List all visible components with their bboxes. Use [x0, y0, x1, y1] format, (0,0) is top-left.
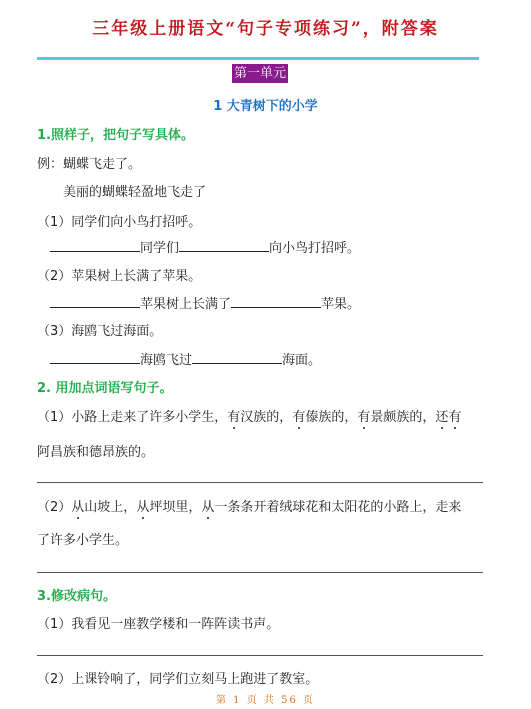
answer-line[interactable] [37, 572, 483, 573]
text: 一条条开着绒球花和太阳花的小路上，走来 [214, 500, 461, 515]
text: 景颇族的， [370, 410, 435, 425]
answer-blank[interactable] [231, 294, 321, 308]
dotted-word: 有 [448, 410, 461, 425]
example-answer: 美丽的蝴蝶轻盈地飞走了 [63, 181, 206, 200]
text: 汉族的， [240, 410, 292, 425]
page-footer: 第 1 页 共 56 页 [0, 691, 531, 706]
lesson-title: 1 大青树下的小学 [0, 95, 531, 114]
answer-line[interactable] [37, 655, 483, 656]
s1-answer-row-3: 海鸥飞过海面。 [50, 349, 321, 368]
answer-fragment: 同学们 [140, 241, 179, 256]
section-1-heading: 1.照样子，把句子写具体。 [37, 124, 194, 143]
dotted-word: 有 [292, 410, 305, 425]
section-3-heading: 3.修改病句。 [37, 585, 116, 604]
s3-question-1: （1）我看见一座教学楼和一阵阵读书声。 [37, 613, 279, 632]
dotted-word: 还 [435, 410, 448, 425]
s1-question-2: （2）苹果树上长满了苹果。 [37, 265, 201, 284]
s2-question-2-line-2: 了许多小学生。 [37, 529, 128, 548]
s2-question-2-line-1: （2）从山坡上，从坪坝里，从一条条开着绒球花和太阳花的小路上，走来 [37, 496, 461, 515]
answer-fragment: 海鸥飞过 [140, 353, 192, 368]
answer-line[interactable] [37, 482, 483, 483]
unit-badge: 第一单元 [232, 64, 288, 83]
s1-question-3: （3）海鸥飞过海面。 [37, 320, 162, 339]
s2-question-1-line-1: （1）小路上走来了许多小学生，有汉族的，有傣族的，有景颇族的，还有 [37, 406, 461, 425]
text: 坪坝里， [149, 500, 201, 515]
s3-question-2: （2）上课铃响了，同学们立刻马上跑进了教室。 [37, 668, 318, 687]
answer-blank[interactable] [179, 238, 269, 252]
dotted-word: 从 [201, 500, 214, 515]
answer-blank[interactable] [192, 350, 282, 364]
s1-question-1: （1）同学们向小鸟打招呼。 [37, 211, 201, 230]
answer-blank[interactable] [50, 294, 140, 308]
title-divider [37, 57, 479, 60]
example-sentence: 例：蝴蝶飞走了。 [37, 153, 141, 172]
dotted-word: 有 [357, 410, 370, 425]
section-2-heading: 2. 用加点词语写句子。 [37, 377, 173, 396]
s2-question-1-line-2: 阿昌族和德昂族的。 [37, 441, 154, 460]
answer-fragment: 苹果。 [321, 297, 360, 312]
dotted-word: 从 [71, 500, 84, 515]
text: （1）小路上走来了许多小学生， [37, 410, 227, 425]
text: （2） [37, 500, 71, 515]
answer-fragment: 苹果树上长满了 [140, 297, 231, 312]
dotted-word: 从 [136, 500, 149, 515]
answer-fragment: 海面。 [282, 353, 321, 368]
answer-blank[interactable] [50, 238, 140, 252]
answer-blank[interactable] [50, 350, 140, 364]
dotted-word: 有 [227, 410, 240, 425]
text: 傣族的， [305, 410, 357, 425]
s1-answer-row-2: 苹果树上长满了苹果。 [50, 293, 360, 312]
document-title: 三年级上册语文“句子专项练习”，附答案 [0, 14, 531, 39]
text: 山坡上， [84, 500, 136, 515]
answer-fragment: 向小鸟打招呼。 [269, 241, 360, 256]
s1-answer-row-1: 同学们向小鸟打招呼。 [50, 237, 360, 256]
